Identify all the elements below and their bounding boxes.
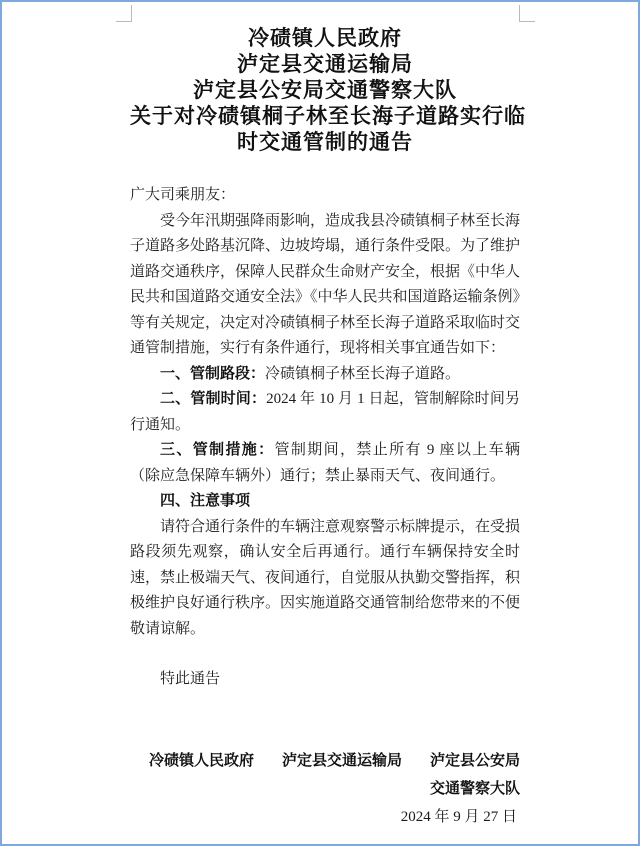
notice-subject-line-1: 关于对冷碛镇桐子林至长海子道路实行临 — [130, 103, 520, 129]
paragraph-control-section: 一、管制路段：冷碛镇桐子林至长海子道路。 — [130, 362, 520, 388]
signature-org-transport-bureau: 泸定县交通运输局 — [282, 747, 402, 775]
signature-date: 2024 年 9 月 27 日 — [130, 803, 520, 831]
paragraph-precautions-heading-lead: 四、注意事项 — [160, 493, 250, 509]
text-margin-mark-top-left — [116, 5, 132, 22]
notice-content: 冷碛镇人民政府 泸定县交通运输局 泸定县公安局交通警察大队 关于对冷碛镇桐子林至… — [130, 25, 520, 831]
salutation: 广大司乘朋友： — [130, 183, 520, 209]
text-margin-mark-top-right — [519, 5, 535, 22]
notice-subject-line-2: 时交通管制的通告 — [130, 129, 520, 155]
signature-org-traffic-police-brigade: 交通警察大队 — [130, 775, 520, 803]
paragraph-control-section-text: 冷碛镇桐子林至长海子道路。 — [265, 366, 460, 382]
issuer-line-3: 泸定县公安局交通警察大队 — [130, 77, 520, 103]
paragraph-background-text: 受今年汛期强降雨影响，造成我县冷碛镇桐子林至长海子道路多处路基沉降、边坡垮塌，通… — [130, 213, 520, 357]
issuer-line-2: 泸定县交通运输局 — [130, 51, 520, 77]
paragraph-control-measures-lead: 三、管制措施： — [160, 442, 275, 458]
signature-org-public-security-bureau: 泸定县公安局 — [430, 747, 520, 775]
notice-page: 冷碛镇人民政府 泸定县交通运输局 泸定县公安局交通警察大队 关于对冷碛镇桐子林至… — [0, 0, 640, 846]
paragraph-control-measures: 三、管制措施：管制期间，禁止所有 9 座以上车辆（除应急保障车辆外）通行；禁止暴… — [130, 438, 520, 489]
signature-orgs-row: 冷碛镇人民政府 泸定县交通运输局 泸定县公安局 — [130, 747, 520, 775]
paragraph-precautions-body: 请符合通行条件的车辆注意观察警示标牌提示，在受损路段须先观察，确认安全后再通行。… — [130, 515, 520, 643]
paragraph-control-section-lead: 一、管制路段： — [160, 366, 265, 382]
notice-title-block: 冷碛镇人民政府 泸定县交通运输局 泸定县公安局交通警察大队 关于对冷碛镇桐子林至… — [130, 25, 520, 155]
paragraph-precautions-heading: 四、注意事项 — [130, 489, 520, 515]
paragraph-precautions-body-text: 请符合通行条件的车辆注意观察警示标牌提示，在受损路段须先观察，确认安全后再通行。… — [130, 519, 520, 637]
paragraph-control-time: 二、管制时间：2024 年 10 月 1 日起，管制解除时间另行通知。 — [130, 387, 520, 438]
paragraph-control-time-lead: 二、管制时间： — [160, 391, 266, 407]
signature-org-town-government: 冷碛镇人民政府 — [149, 747, 254, 775]
closing-phrase: 特此通告 — [130, 667, 520, 693]
issuer-line-1: 冷碛镇人民政府 — [130, 25, 520, 51]
paragraph-background: 受今年汛期强降雨影响，造成我县冷碛镇桐子林至长海子道路多处路基沉降、边坡垮塌，通… — [130, 209, 520, 362]
